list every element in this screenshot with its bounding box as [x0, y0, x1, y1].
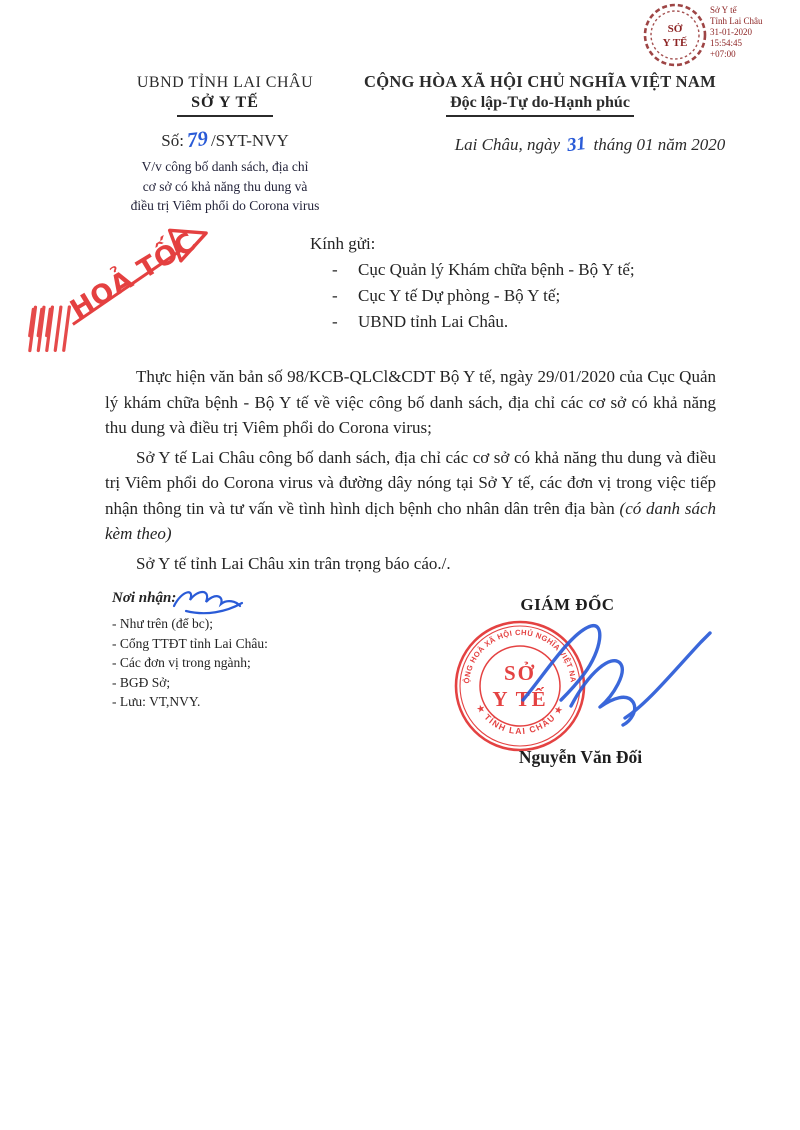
urgency-stamp: HOẢ TỐC — [0, 194, 235, 382]
recipient-text: Cục Y tế Dự phòng - Bộ Y tế; — [358, 286, 560, 306]
digital-signature-info: Sở Y tế Tỉnh Lai Châu 31-01-2020 15:54:4… — [710, 5, 800, 60]
doc-number-suffix: /SYT-NVY — [211, 131, 289, 150]
signature-icon — [505, 608, 715, 748]
distribution-item: - BGĐ Sở; — [112, 673, 342, 693]
place-date-line: Lai Châu, ngày 31 tháng 01 năm 2020 — [430, 135, 750, 155]
distribution-item: - Lưu: VT,NVY. — [112, 692, 342, 712]
recipient-text: UBND tỉnh Lai Châu. — [358, 312, 508, 332]
parent-org-name: UBND TỈNH LAI CHÂU — [95, 74, 355, 92]
digi-time: 15:54:45 — [710, 38, 800, 49]
subject-line-3: điều trị Viêm phổi do Corona virus — [80, 196, 370, 216]
doc-number-prefix: Số: — [161, 131, 184, 150]
body-paragraph-3: Sở Y tế tỉnh Lai Châu xin trân trọng báo… — [105, 551, 716, 577]
distribution-item: - Các đơn vị trong ngành; — [112, 653, 342, 673]
corner-seal-text-1: SỞ — [668, 23, 683, 35]
org-name: SỞ Y TẾ — [177, 94, 273, 117]
subject-line-2: cơ sở có khả năng thu dung và — [80, 177, 370, 197]
handwritten-initials-icon — [168, 584, 246, 621]
distribution-item: - Cổng TTĐT tỉnh Lai Châu: — [112, 634, 342, 654]
signer-name: Nguyễn Văn Đối — [468, 747, 693, 768]
body-paragraph-1: Thực hiện văn bản số 98/KCB-QLCl&CDT Bộ … — [105, 364, 716, 441]
national-motto-line2: Độc lập-Tự do-Hạnh phúc — [446, 94, 634, 117]
recipient-text: Cục Quản lý Khám chữa bệnh - Bộ Y tế; — [358, 260, 635, 280]
date-day-handwritten: 31 — [566, 134, 587, 155]
urgency-arrow-icon: HOẢ TỐC — [0, 194, 235, 382]
urgency-stamp-label: HOẢ TỐC — [62, 222, 202, 326]
doc-number-handwritten: 79 — [186, 128, 209, 151]
issuing-org-header: UBND TỈNH LAI CHÂU SỞ Y TẾ — [95, 74, 355, 117]
document-body: Thực hiện văn bản số 98/KCB-QLCl&CDT Bộ … — [105, 364, 716, 580]
digi-org1: Sở Y tế — [710, 5, 800, 16]
body-paragraph-2: Sở Y tế Lai Châu công bố danh sách, địa … — [105, 445, 716, 547]
recipients-label: Kính gửi: — [310, 234, 635, 254]
corner-seal-icon: SỞ Y TẾ — [641, 1, 709, 69]
recipient-dash: - — [332, 286, 358, 306]
national-motto-line1: CỘNG HÒA XÃ HỘI CHỦ NGHĨA VIỆT NAM — [340, 72, 740, 92]
recipient-item: - Cục Y tế Dự phòng - Bộ Y tế; — [332, 286, 635, 306]
recipient-dash: - — [332, 312, 358, 332]
subject-line-1: V/v công bố danh sách, địa chỉ — [80, 157, 370, 177]
document-page: SỞ Y TẾ Sở Y tế Tỉnh Lai Châu 31-01-2020… — [0, 0, 800, 1130]
digi-timezone: +07:00 — [710, 49, 800, 60]
document-number: Số:79/SYT-NVY — [95, 129, 355, 151]
date-suffix: tháng 01 năm 2020 — [594, 135, 726, 154]
digi-date: 31-01-2020 — [710, 27, 800, 38]
corner-seal-text-2: Y TẾ — [663, 36, 688, 49]
recipient-dash: - — [332, 260, 358, 280]
digi-org2: Tỉnh Lai Châu — [710, 16, 800, 27]
national-header: CỘNG HÒA XÃ HỘI CHỦ NGHĨA VIỆT NAM Độc l… — [340, 72, 740, 117]
document-subject: V/v công bố danh sách, địa chỉ cơ sở có … — [80, 157, 370, 216]
digital-signature-stamp: SỞ Y TẾ — [641, 1, 709, 69]
recipient-item: - UBND tỉnh Lai Châu. — [332, 312, 635, 332]
recipients-block: Kính gửi: - Cục Quản lý Khám chữa bệnh -… — [310, 234, 635, 332]
recipient-item: - Cục Quản lý Khám chữa bệnh - Bộ Y tế; — [332, 260, 635, 280]
date-prefix: Lai Châu, ngày — [455, 135, 560, 154]
